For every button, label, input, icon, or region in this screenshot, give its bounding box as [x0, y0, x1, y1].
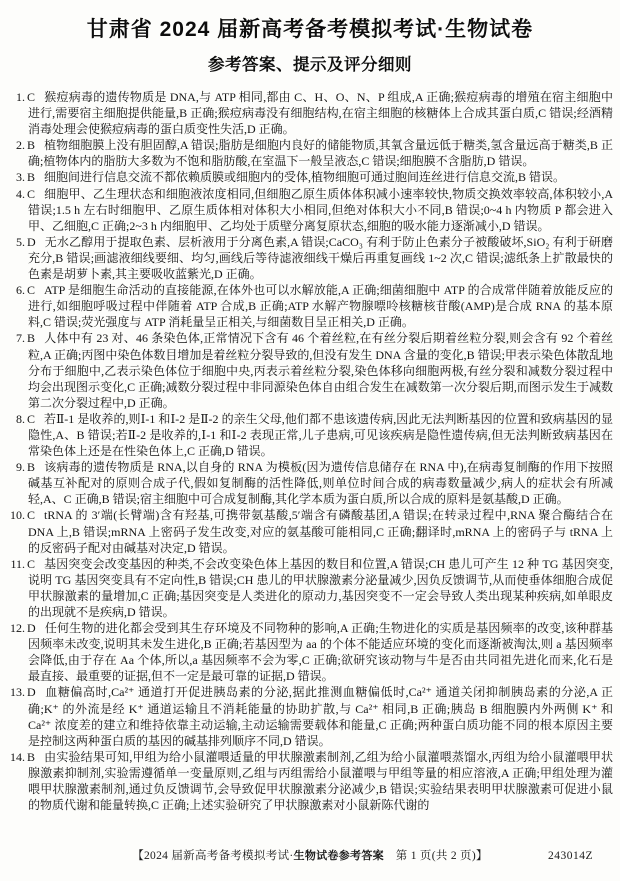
answer-letter: B [27, 331, 35, 345]
answer-item-7: 7.B人体中有 23 对、46 条染色体,正常情况下含有 46 个着丝粒,在有丝… [8, 330, 613, 410]
answer-text: 猴痘病毒的遗传物质是 DNA,与 ATP 相同,都由 C、H、O、N、P 组成,… [28, 90, 613, 136]
answer-letter: C [27, 508, 35, 522]
answer-item-1: 1.C猴痘病毒的遗传物质是 DNA,与 ATP 相同,都由 C、H、O、N、P … [8, 89, 613, 137]
answer-text: 基因突变会改变基因的种类,不会改变染色体上基因的数目和位置,A 错误;CH 患儿… [28, 557, 613, 619]
answer-text: 由实验结果可知,甲组为给小鼠灌喂适量的甲状腺激素制剂,乙组为给小鼠灌喂蒸馏水,丙… [28, 750, 613, 812]
answer-number: 2. [8, 137, 25, 153]
footer-subject-bold: 生物试卷参考答案 [294, 850, 384, 862]
answer-number: 4. [8, 186, 25, 202]
answer-number: 7. [8, 330, 25, 346]
page-subtitle: 参考答案、提示及评分细则 [0, 51, 620, 75]
answer-sheet-page: 甘肃省 2024 届新高考备考模拟考试·生物试卷 参考答案、提示及评分细则 1.… [0, 0, 620, 881]
answer-number: 1. [8, 89, 25, 105]
answer-item-3: 3.B细胞间进行信息交流不都依赖质膜或细胞内的受体,植物细胞可通过胞间连丝进行信… [8, 169, 613, 185]
answer-number: 13. [8, 684, 25, 700]
answer-item-14: 14.B由实验结果可知,甲组为给小鼠灌喂适量的甲状腺激素制剂,乙组为给小鼠灌喂蒸… [8, 749, 613, 813]
answer-text: 血糖偏高时,Ca²⁺ 通道打开促进胰岛素的分泌,据此推测血糖偏低时,Ca²⁺ 通… [28, 685, 613, 747]
answer-letter: B [27, 138, 35, 152]
answer-item-9: 9.B该病毒的遗传物质是 RNA,以自身的 RNA 为模板(因为遗传信息储存在 … [8, 459, 613, 507]
answer-number: 9. [8, 459, 25, 475]
answer-text: ATP 是细胞生命活动的直接能源,在体外也可以水解放能,A 正确;细菌细胞中 A… [28, 283, 613, 329]
answer-text: 任何生物的进化都会受到其生存环境及不同物种的影响,A 正确;生物进化的实质是基因… [28, 621, 613, 683]
answer-letter: D [27, 235, 36, 249]
answer-letter: C [27, 557, 35, 571]
answer-number: 11. [8, 556, 25, 572]
answer-text: 无水乙醇用于提取色素、层析液用于分离色素,A 错误;CaCO₃ 有利于防止色素分… [28, 235, 613, 281]
footer-exam-name: 【2024 届新高考备考模拟考试· [132, 850, 293, 862]
answer-number: 14. [8, 749, 25, 765]
footer-caption: 【2024 届新高考备考模拟考试·生物试卷参考答案 第 1 页(共 2 页)】 [0, 849, 620, 864]
answer-text: 细胞间进行信息交流不都依赖质膜或细胞内的受体,植物细胞可通过胞间连丝进行信息交流… [35, 170, 565, 184]
footer-paper-code: 243014Z [548, 849, 593, 864]
answer-text: 若Ⅱ-1 是收养的,则Ⅰ-1 和Ⅰ-2 是Ⅱ-2 的亲生父母,他们都不患该遗传病… [28, 412, 613, 458]
answer-item-4: 4.C细胞甲、乙生理状态和细胞液浓度相同,但细胞乙原生质体体积减小速率较快,物质… [8, 186, 613, 234]
page-footer: 【2024 届新高考备考模拟考试·生物试卷参考答案 第 1 页(共 2 页)】 … [0, 849, 620, 864]
answers-list: 1.C猴痘病毒的遗传物质是 DNA,与 ATP 相同,都由 C、H、O、N、P … [8, 89, 613, 813]
answer-text: tRNA 的 3′端(长臂端)含有羟基,可携带氨基酸,5′端含有磷酸基团,A 错… [28, 508, 613, 554]
answer-item-2: 2.B植物细胞膜上没有胆固醇,A 错误;脂肪是细胞内良好的储能物质,其氧含量远低… [8, 137, 613, 169]
answer-letter: C [27, 412, 35, 426]
answer-item-12: 12.D任何生物的进化都会受到其生存环境及不同物种的影响,A 正确;生物进化的实… [8, 620, 613, 684]
answer-letter: B [27, 170, 35, 184]
answer-letter: C [27, 90, 35, 104]
answer-letter: D [27, 621, 36, 635]
answer-letter: B [27, 460, 35, 474]
answer-number: 10. [8, 507, 25, 523]
answer-text: 该病毒的遗传物质是 RNA,以自身的 RNA 为模板(因为遗传信息储存在 RNA… [28, 460, 613, 506]
footer-page-number: 第 1 页(共 2 页)】 [384, 850, 488, 862]
answer-letter: C [27, 187, 35, 201]
answer-number: 5. [8, 234, 25, 250]
answer-number: 12. [8, 620, 25, 636]
answer-item-8: 8.C若Ⅱ-1 是收养的,则Ⅰ-1 和Ⅰ-2 是Ⅱ-2 的亲生父母,他们都不患该… [8, 411, 613, 459]
answer-item-6: 6.CATP 是细胞生命活动的直接能源,在体外也可以水解放能,A 正确;细菌细胞… [8, 282, 613, 330]
answer-item-10: 10.CtRNA 的 3′端(长臂端)含有羟基,可携带氨基酸,5′端含有磷酸基团… [8, 507, 613, 555]
answer-text: 人体中有 23 对、46 条染色体,正常情况下含有 46 个着丝粒,在有丝分裂后… [28, 331, 613, 409]
answer-text: 细胞甲、乙生理状态和细胞液浓度相同,但细胞乙原生质体体积减小速率较快,物质交换效… [28, 187, 613, 233]
answer-text: 植物细胞膜上没有胆固醇,A 错误;脂肪是细胞内良好的储能物质,其氧含量远低于糖类… [28, 138, 613, 168]
answer-letter: D [27, 685, 36, 699]
answer-item-13: 13.D血糖偏高时,Ca²⁺ 通道打开促进胰岛素的分泌,据此推测血糖偏低时,Ca… [8, 684, 613, 748]
answer-number: 3. [8, 169, 25, 185]
answer-item-5: 5.D无水乙醇用于提取色素、层析液用于分离色素,A 错误;CaCO₃ 有利于防止… [8, 234, 613, 282]
answer-letter: C [27, 283, 35, 297]
answer-item-11: 11.C基因突变会改变基因的种类,不会改变染色体上基因的数目和位置,A 错误;C… [8, 556, 613, 620]
page-title: 甘肃省 2024 届新高考备考模拟考试·生物试卷 [0, 13, 620, 43]
answer-number: 8. [8, 411, 25, 427]
answer-number: 6. [8, 282, 25, 298]
answer-letter: B [27, 750, 35, 764]
